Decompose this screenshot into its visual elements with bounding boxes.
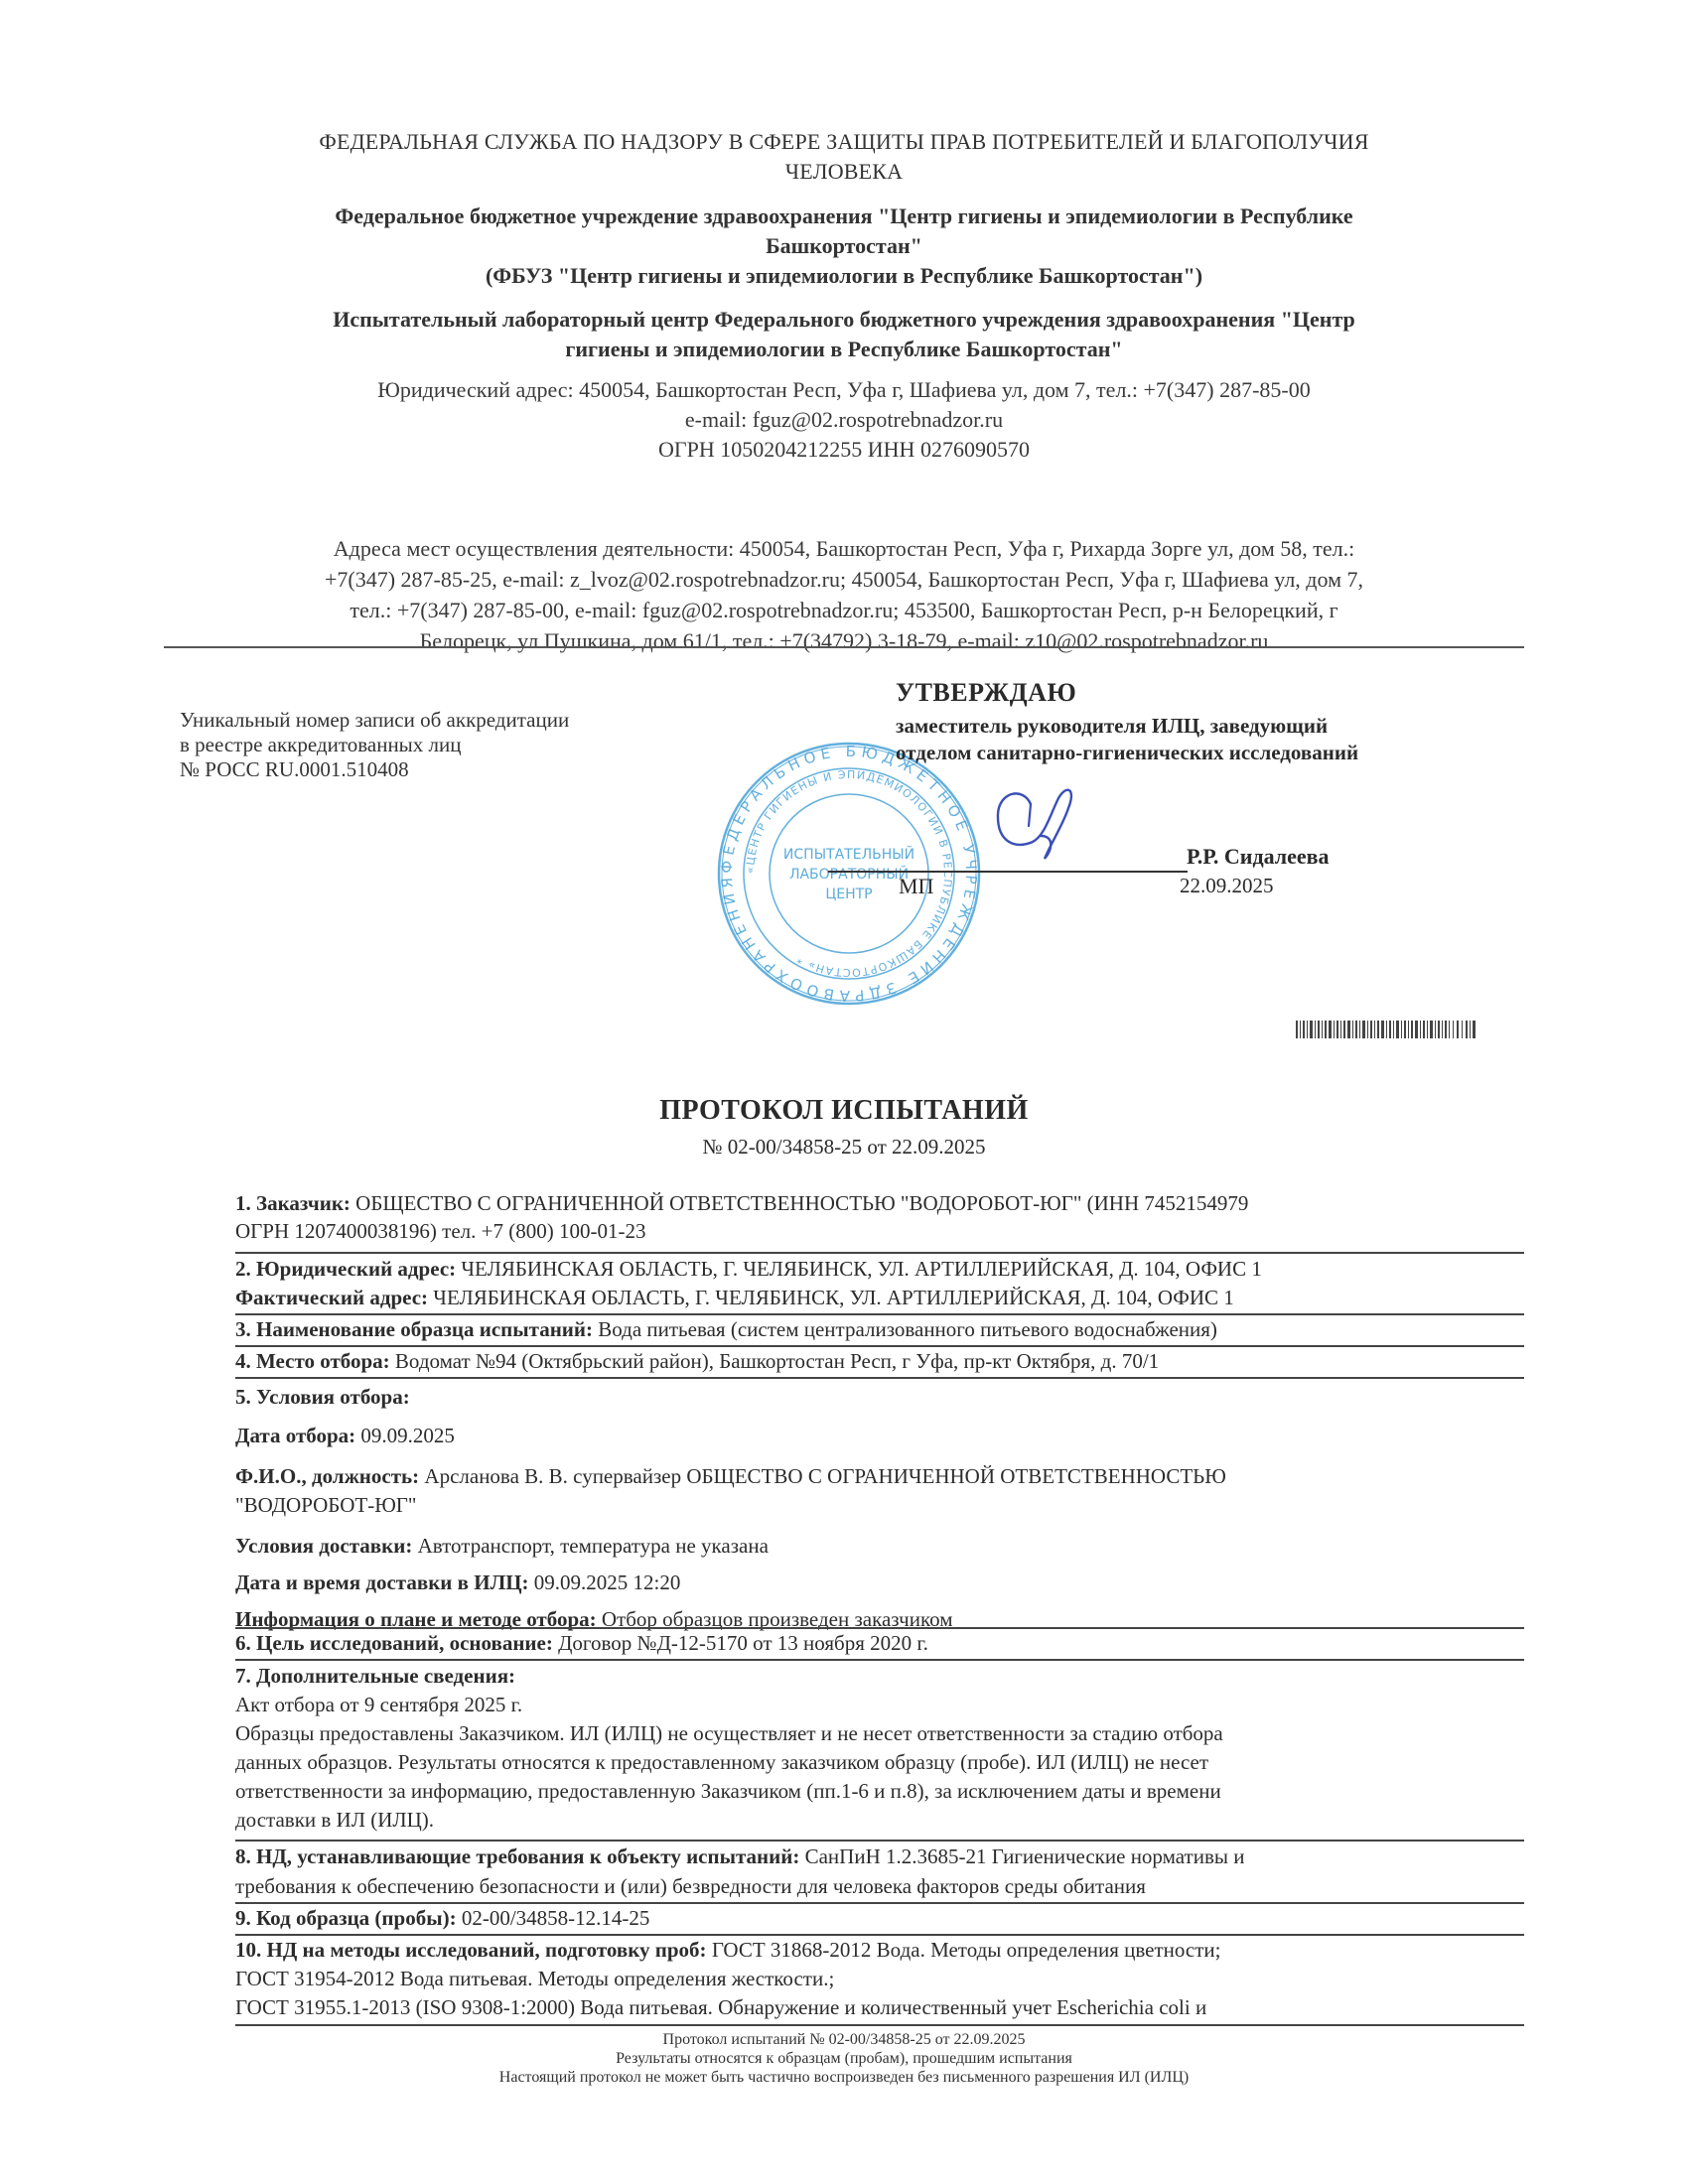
section-divider <box>235 1377 1524 1379</box>
accreditation-block: Уникальный номер записи об аккредитации … <box>180 708 569 782</box>
approver-position: заместитель руководителя ИЛЦ, заведующий… <box>896 713 1358 766</box>
sampling-place-value: Водомат №94 (Октябрьский район), Башкорт… <box>390 1349 1159 1373</box>
legal-address: Юридический адрес: 450054, Башкортостан … <box>199 375 1489 405</box>
section-label: 9. Код образца (пробы): <box>235 1906 457 1930</box>
section-requirements: 8. НД, устанавливающие требования к объе… <box>235 1842 1524 1901</box>
ogrn-inn: ОГРН 1050204212255 ИНН 0276090570 <box>199 435 1489 465</box>
handwritten-signature-icon <box>993 784 1082 869</box>
person-value: Арсланова В. В. супервайзер ОБЩЕСТВО С О… <box>419 1464 1226 1488</box>
field-label: Ф.И.О., должность: <box>235 1464 419 1488</box>
requirements-value: СанПиН 1.2.3685-21 Гигиенические нормати… <box>799 1844 1244 1868</box>
page-footer: Протокол испытаний № 02-00/34858-25 от 2… <box>298 2030 1390 2087</box>
section-label: 6. Цель исследований, основание: <box>235 1631 553 1655</box>
official-stamp-icon: ФЕДЕРАЛЬНОЕ БЮДЖЕТНОЕ УЧРЕЖДЕНИЕ ЗДРАВОО… <box>715 740 983 1008</box>
sample-name-value: Вода питьевая (систем централизованного … <box>593 1317 1217 1341</box>
svg-text:ИСПЫТАТЕЛЬНЫЙ: ИСПЫТАТЕЛЬНЫЙ <box>783 845 914 863</box>
org-email: e-mail: fguz@02.rospotrebnadzor.ru <box>199 405 1489 435</box>
places-line-3: тел.: +7(347) 287-85-00, e-mail: fguz@02… <box>213 595 1475 625</box>
header-divider <box>164 646 1524 648</box>
places-line-1: Адреса мест осуществления деятельности: … <box>213 533 1475 564</box>
section-purpose: 6. Цель исследований, основание: Договор… <box>235 1629 1524 1657</box>
section-divider <box>235 2024 1524 2026</box>
section-label: 10. НД на методы исследований, подготовк… <box>235 1938 707 1962</box>
org-short-name: (ФБУЗ "Центр гигиены и эпидемиологии в Р… <box>199 261 1489 291</box>
position-line-1: заместитель руководителя ИЛЦ, заведующий <box>896 713 1358 740</box>
delivery-value: Автотранспорт, температура не указана <box>412 1534 769 1558</box>
section-sample-name: 3. Наименование образца испытаний: Вода … <box>235 1315 1524 1343</box>
section-sample-code: 9. Код образца (пробы): 02-00/34858-12.1… <box>235 1904 1524 1932</box>
section-label: 2. Юридический адрес: <box>235 1257 456 1281</box>
lab-line-2: гигиены и эпидемиологии в Республике Баш… <box>199 335 1489 364</box>
section-sampling-conditions: 5. Условия отбора: Дата отбора: 09.09.20… <box>235 1381 1524 1636</box>
section-label: 8. НД, устанавливающие требования к объе… <box>235 1844 799 1868</box>
accreditation-line-2: в реестре аккредитованных лиц <box>180 733 569 757</box>
svg-text:ЦЕНТР: ЦЕНТР <box>825 887 872 902</box>
actual-address-value: ЧЕЛЯБИНСКАЯ ОБЛАСТЬ, Г. ЧЕЛЯБИНСК, УЛ. А… <box>428 1286 1234 1309</box>
protocol-title: ПРОТОКОЛ ИСПЫТАНИЙ <box>199 1095 1489 1127</box>
section-label: 1. Заказчик: <box>235 1191 351 1215</box>
section-methods: 10. НД на методы исследований, подготовк… <box>235 1936 1524 2022</box>
organization-name: Федеральное бюджетное учреждение здравоо… <box>199 202 1489 291</box>
requirements-value-2: требования к обеспечению безопасности и … <box>235 1871 1524 1901</box>
section-label: Фактический адрес: <box>235 1286 428 1309</box>
section-label: 3. Наименование образца испытаний: <box>235 1317 593 1341</box>
accreditation-line-1: Уникальный номер записи об аккредитации <box>180 708 569 733</box>
org-line-2: Башкортостан" <box>199 231 1489 261</box>
person-value-2: "ВОДОРОБОТ-ЮГ" <box>235 1491 1524 1520</box>
org-line-1: Федеральное бюджетное учреждение здравоо… <box>199 202 1489 231</box>
sampling-date-value: 09.09.2025 <box>355 1424 455 1447</box>
activity-addresses: Адреса мест осуществления деятельности: … <box>213 533 1475 656</box>
customer-value: ОБЩЕСТВО С ОГРАНИЧЕННОЙ ОТВЕТСТВЕННОСТЬЮ… <box>351 1191 1248 1215</box>
section-customer: 1. Заказчик: ОБЩЕСТВО С ОГРАНИЧЕННОЙ ОТВ… <box>235 1189 1524 1245</box>
places-line-2: +7(347) 287-85-25, e-mail: z_lvoz@02.ros… <box>213 564 1475 595</box>
field-label: Дата и время доставки в ИЛЦ: <box>235 1570 529 1594</box>
section-label: 5. Условия отбора: <box>235 1385 410 1409</box>
section-divider <box>235 1659 1524 1661</box>
field-label: Условия доставки: <box>235 1534 412 1558</box>
section-additional-info: 7. Дополнительные сведения: Акт отбора о… <box>235 1662 1524 1835</box>
agency-line-1: ФЕДЕРАЛЬНАЯ СЛУЖБА ПО НАДЗОРУ В СФЕРЕ ЗА… <box>199 127 1489 157</box>
svg-text:ЛАБОРАТОРНЫЙ: ЛАБОРАТОРНЫЙ <box>789 865 909 883</box>
legal-address-value: ЧЕЛЯБИНСКАЯ ОБЛАСТЬ, Г. ЧЕЛЯБИНСК, УЛ. А… <box>456 1257 1262 1281</box>
methods-value: ГОСТ 31868-2012 Вода. Методы определения… <box>707 1938 1221 1962</box>
methods-value-2: ГОСТ 31954-2012 Вода питьевая. Методы оп… <box>235 1965 1524 1993</box>
position-line-2: отделом санитарно-гигиенических исследов… <box>896 740 1358 766</box>
legal-info: Юридический адрес: 450054, Башкортостан … <box>199 375 1489 465</box>
lab-line-1: Испытательный лабораторный центр Федерал… <box>199 305 1489 335</box>
signature-line <box>828 871 1188 873</box>
additional-line-1: Акт отбора от 9 сентября 2025 г. <box>235 1691 1524 1719</box>
barcode-icon <box>1296 1021 1477 1038</box>
places-line-4: Белорецк, ул Пушкина, дом 61/1, тел.: +7… <box>213 625 1475 656</box>
additional-line-5: доставки в ИЛ (ИЛЦ). <box>235 1806 1524 1835</box>
stamp-place-label: МП <box>899 874 933 899</box>
protocol-number: № 02-00/34858-25 от 22.09.2025 <box>199 1135 1489 1160</box>
section-divider <box>235 1252 1524 1254</box>
purpose-value: Договор №Д-12-5170 от 13 ноября 2020 г. <box>553 1631 928 1655</box>
additional-line-3: данных образцов. Результаты относятся к … <box>235 1748 1524 1777</box>
field-label: Дата отбора: <box>235 1424 355 1447</box>
section-label: 7. Дополнительные сведения: <box>235 1664 515 1688</box>
agency-name: ФЕДЕРАЛЬНАЯ СЛУЖБА ПО НАДЗОРУ В СФЕРЕ ЗА… <box>199 127 1489 187</box>
additional-line-4: ответственности за информацию, предостав… <box>235 1777 1524 1806</box>
footer-line-2: Результаты относятся к образцам (пробам)… <box>298 2049 1390 2068</box>
footer-line-1: Протокол испытаний № 02-00/34858-25 от 2… <box>298 2030 1390 2049</box>
signer-name: Р.Р. Сидалеева <box>1187 844 1330 870</box>
approval-date: 22.09.2025 <box>1180 874 1274 898</box>
lab-center-name: Испытательный лабораторный центр Федерал… <box>199 305 1489 364</box>
sample-code-value: 02-00/34858-12.14-25 <box>457 1906 650 1930</box>
accreditation-number: № РОСС RU.0001.510408 <box>180 757 569 782</box>
section-address: 2. Юридический адрес: ЧЕЛЯБИНСКАЯ ОБЛАСТ… <box>235 1255 1524 1312</box>
section-sampling-place: 4. Место отбора: Водомат №94 (Октябрьски… <box>235 1347 1524 1375</box>
section-label: 4. Место отбора: <box>235 1349 390 1373</box>
customer-value-2: ОГРН 1207400038196) тел. +7 (800) 100-01… <box>235 1217 1524 1245</box>
footer-line-3: Настоящий протокол не может быть частичн… <box>298 2068 1390 2087</box>
agency-line-2: ЧЕЛОВЕКА <box>199 157 1489 187</box>
methods-value-3: ГОСТ 31955.1-2013 (ISO 9308-1:2000) Вода… <box>235 1993 1524 2022</box>
additional-line-2: Образцы предоставлены Заказчиком. ИЛ (ИЛ… <box>235 1719 1524 1748</box>
approve-heading: УТВЕРЖДАЮ <box>896 678 1076 708</box>
delivery-datetime-value: 09.09.2025 12:20 <box>529 1570 681 1594</box>
